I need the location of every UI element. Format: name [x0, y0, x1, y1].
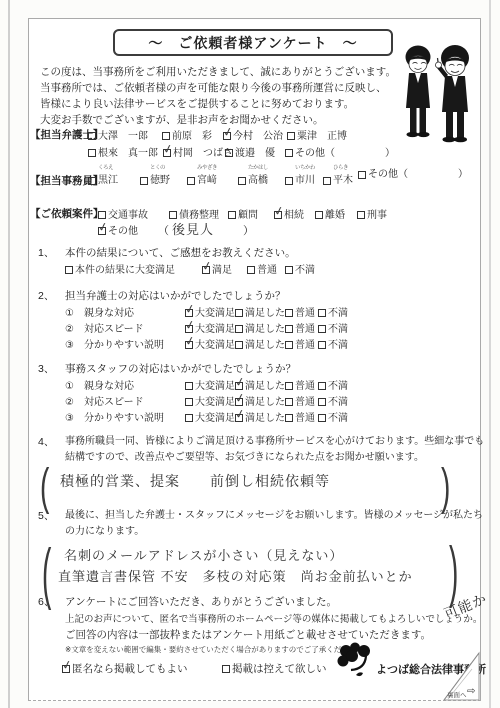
checkbox[interactable]	[185, 414, 193, 422]
q5-text: 最後に、担当した弁護士・スタッフにメッセージをお願いします。皆様のメッセージが私…	[65, 508, 485, 540]
q6-footnote: ※文章を変えない範囲で編集・要約させていただく場合がありますのでご了承ください。	[65, 644, 364, 655]
q2-option[interactable]: 不満	[318, 304, 348, 319]
checkbox[interactable]	[169, 211, 177, 219]
option-label: 満足した	[245, 308, 285, 319]
option-label: 不満	[328, 324, 348, 335]
checkbox[interactable]	[285, 149, 293, 157]
lawyer-option[interactable]: 渡邉 優	[225, 144, 275, 159]
checkbox[interactable]	[162, 132, 170, 140]
checkbox[interactable]	[318, 341, 326, 349]
lawyers-illustration	[402, 42, 474, 148]
option-label: 普通	[295, 340, 315, 351]
q2-option[interactable]: 不満	[318, 320, 348, 335]
option-label: 高橋	[248, 175, 268, 186]
intro-line-1: この度は、当事務所をご利用いただきまして、誠にありがとうございます。	[40, 64, 396, 80]
furigana: ひらき	[333, 165, 353, 171]
furigana: とくの	[150, 165, 170, 171]
option-label: 大変満足	[195, 308, 235, 319]
checkbox[interactable]	[185, 382, 193, 390]
option-label: 大変満足	[195, 324, 235, 335]
q3-option[interactable]: 不満	[318, 377, 348, 392]
option-label: 交通事故	[108, 210, 148, 221]
q2-option[interactable]: 普通	[285, 320, 315, 335]
option-label: 不満	[328, 397, 348, 408]
checkbox[interactable]	[285, 414, 293, 422]
lawyer-option[interactable]: 今村 公治	[223, 127, 283, 142]
q2-row1-item: ① 親身な対応	[65, 304, 134, 319]
handwritten-q5-line2: 直筆遺言書保管 不安 多枝の対応策 尚お金前払いとか	[58, 566, 413, 585]
q1-option[interactable]: 本件の結果に大変満足	[65, 261, 175, 276]
cartoon-man-left	[406, 46, 431, 138]
hand-bracket-open: (	[40, 462, 49, 512]
option-label: 刑事	[367, 210, 387, 221]
intro-line-2: 当事務所では、ご依頼者様の声を可能な限り今後の事務所運営に反映し、	[40, 80, 387, 96]
q2-number: 2、	[38, 288, 54, 303]
option-label: 普通	[257, 265, 277, 276]
publish-option-anonymous[interactable]: 匿名なら掲載してもよい	[62, 661, 188, 676]
case-option-other[interactable]: その他	[98, 222, 138, 237]
q1-number: 1、	[38, 245, 54, 260]
option-label: 本件の結果に大変満足	[75, 265, 175, 276]
option-label: 不満	[328, 308, 348, 319]
q2-option[interactable]: 普通	[285, 336, 315, 351]
q1-text: 本件の結果について、ご感想をお教えください。	[65, 245, 296, 260]
checkbox[interactable]	[358, 171, 366, 179]
hand-bracket-close: )	[441, 462, 450, 512]
checkbox[interactable]	[140, 177, 148, 185]
q6-line-1: アンケートにご回答いただき、ありがとうございました。	[65, 594, 337, 609]
q2-option[interactable]: 普通	[285, 304, 315, 319]
intro-line-3: 皆様により良い法律サービスをご提供することに努めております。	[40, 96, 354, 112]
checkbox[interactable]	[285, 398, 293, 406]
scan-edge-left	[8, 0, 10, 708]
q5-number: 5、	[38, 508, 54, 523]
lawyer-option-other[interactable]: その他（ ）	[285, 144, 395, 159]
case-option[interactable]: 離婚	[315, 206, 345, 221]
staff-option[interactable]: みやざき宮﨑	[187, 165, 217, 186]
checkbox[interactable]	[323, 177, 331, 185]
option-label: 匿名なら掲載してもよい	[72, 663, 188, 675]
q6-number: 6、	[38, 594, 54, 609]
furigana: みやざき	[197, 165, 217, 171]
checkbox[interactable]	[235, 414, 243, 422]
lawyer-option[interactable]: 大澤 一郎	[88, 127, 148, 142]
q3-text: 事務スタッフの対応はいかがでしたでしょうか？	[65, 361, 296, 376]
checkbox[interactable]	[235, 398, 243, 406]
furigana: いちかわ	[295, 165, 315, 171]
option-label: 満足	[212, 265, 232, 276]
q4-number: 4、	[38, 434, 54, 449]
option-label: 不満	[328, 340, 348, 351]
page-title: ～ ご依頼者様アンケート ～	[113, 29, 393, 56]
checkbox[interactable]	[315, 211, 323, 219]
q3-option[interactable]: 普通	[285, 377, 315, 392]
checkbox[interactable]	[287, 132, 295, 140]
furigana: くろえ	[98, 165, 118, 171]
checkbox[interactable]	[88, 149, 96, 157]
option-label: 不満	[295, 265, 315, 276]
checkbox[interactable]	[223, 132, 231, 140]
option-label: 大変満足	[195, 381, 235, 392]
case-option[interactable]: 刑事	[357, 206, 387, 221]
checkbox[interactable]	[235, 309, 243, 317]
handwritten-q5-line1: 名刺のメールアドレスが小さい（見えない）	[64, 545, 343, 564]
option-label: 前原 彩	[172, 131, 212, 142]
checkbox[interactable]	[235, 325, 243, 333]
option-label: 満足した	[245, 340, 285, 351]
option-label: 平木	[333, 175, 353, 186]
option-label: 満足した	[245, 324, 285, 335]
option-label: 不満	[328, 413, 348, 424]
lawyer-option[interactable]: 根來 真一郎	[88, 144, 158, 159]
q2-text: 担当弁護士の対応はいかがでしたでしょうか？	[65, 288, 286, 303]
option-label: 普通	[295, 381, 315, 392]
q1-option[interactable]: 不満	[285, 261, 315, 276]
case-option[interactable]: 相続	[274, 206, 304, 221]
checkbox[interactable]	[285, 382, 293, 390]
handwritten-case-other: 後見人	[172, 219, 214, 238]
option-label: 黒江	[98, 175, 118, 186]
staff-option[interactable]: いちかわ市川	[285, 165, 315, 186]
checkbox[interactable]	[274, 211, 282, 219]
q1-option[interactable]: 満足	[202, 261, 232, 276]
q2-option[interactable]: 満足した	[235, 320, 285, 335]
staff-option[interactable]: くろえ黒江	[88, 165, 118, 186]
option-label: その他（ ）	[368, 169, 468, 180]
page-title-text: ～ ご依頼者様アンケート ～	[148, 33, 357, 53]
checkbox[interactable]	[318, 414, 326, 422]
checkbox[interactable]	[62, 665, 70, 673]
checkbox[interactable]	[238, 177, 246, 185]
checkbox[interactable]	[318, 309, 326, 317]
intro-line-4: 大変お手数でございますが、是非お声をお聞かせください。	[40, 112, 324, 128]
checkbox[interactable]	[202, 266, 210, 274]
option-label: 普通	[295, 324, 315, 335]
option-label: その他	[108, 226, 138, 237]
checkbox[interactable]	[318, 398, 326, 406]
option-label: 渡邉 優	[235, 148, 275, 159]
paren-open: （	[158, 222, 169, 238]
q6-line-3: ご回答の内容は一部抜粋またはアンケート用紙ごと載せさせていただきます。	[65, 627, 431, 642]
checkbox[interactable]	[285, 341, 293, 349]
clover-logo-icon	[336, 642, 374, 682]
q2-option[interactable]: 満足した	[235, 304, 285, 319]
q3-option[interactable]: 大変満足	[185, 377, 235, 392]
q2-option[interactable]: 不満	[318, 336, 348, 351]
option-label: 普通	[295, 413, 315, 424]
option-label: 村岡 つばさ	[173, 148, 233, 159]
option-label: 離婚	[325, 210, 345, 221]
q3-option[interactable]: 不満	[318, 409, 348, 424]
q3-option[interactable]: 満足した	[235, 409, 285, 424]
checkbox[interactable]	[235, 382, 243, 390]
checkbox[interactable]	[222, 665, 230, 673]
checkbox[interactable]	[235, 341, 243, 349]
option-label: 不満	[328, 381, 348, 392]
q3-row3-item: ③ 分かりやすい説明	[65, 409, 164, 424]
option-label: 今村 公治	[233, 131, 283, 142]
option-label: 普通	[295, 308, 315, 319]
option-label: 粟津 正博	[297, 131, 347, 142]
staff-option-other[interactable]: その他（ ）	[358, 165, 468, 180]
lawyer-option[interactable]: 前原 彩	[162, 127, 212, 142]
option-label: 顧問	[238, 210, 258, 221]
checkbox[interactable]	[185, 398, 193, 406]
checkbox[interactable]	[163, 149, 171, 157]
back-page-label: 裏面へ	[447, 690, 467, 699]
q2-option[interactable]: 満足した	[235, 336, 285, 351]
checkbox[interactable]	[247, 266, 255, 274]
option-label: 大変満足	[195, 340, 235, 351]
q2-row3-item: ③ 分かりやすい説明	[65, 336, 164, 351]
option-label: 満足した	[245, 381, 285, 392]
option-label: 大変満足	[195, 397, 235, 408]
handwritten-q4-answer: 積極的営業、提案 前倒し相続依頼等	[60, 471, 330, 491]
checkbox[interactable]	[285, 266, 293, 274]
checkbox[interactable]	[318, 325, 326, 333]
q3-number: 3、	[38, 361, 54, 376]
q3-row2-item: ② 対応スピード	[65, 393, 144, 408]
lawyer-option[interactable]: 村岡 つばさ	[163, 144, 233, 159]
q3-row1-item: ① 親身な対応	[65, 377, 134, 392]
option-label: 普通	[295, 397, 315, 408]
option-label: 掲載は控えて欲しい	[232, 663, 327, 675]
q3-option[interactable]: 普通	[285, 409, 315, 424]
cartoon-man-right	[436, 45, 470, 142]
checkbox[interactable]	[228, 211, 236, 219]
option-label: 徳野	[150, 175, 170, 186]
q4-text: 事務所職員一同、皆様によりご満足頂ける事務所サービスを心がけております。些細な事…	[65, 434, 485, 466]
option-label: 大変満足	[195, 413, 235, 424]
q3-option[interactable]: 大変満足	[185, 409, 235, 424]
checkbox[interactable]	[187, 177, 195, 185]
checkbox[interactable]	[285, 325, 293, 333]
option-label: 満足した	[245, 413, 285, 424]
furigana: たかはし	[248, 165, 268, 171]
checkbox[interactable]	[357, 211, 365, 219]
publish-option-decline[interactable]: 掲載は控えて欲しい	[222, 661, 327, 676]
q3-option[interactable]: 普通	[285, 393, 315, 408]
q2-row2-item: ② 対応スピード	[65, 320, 144, 335]
case-option[interactable]: 顧問	[228, 206, 258, 221]
staff-option[interactable]: ひらき平木	[323, 165, 353, 186]
checkbox[interactable]	[285, 177, 293, 185]
option-label: 市川	[295, 175, 315, 186]
checkbox[interactable]	[88, 132, 96, 140]
checkbox[interactable]	[65, 266, 73, 274]
survey-sheet: ～ ご依頼者様アンケート ～ この度は、当事務所をご利用いただきまして、誠にあり…	[0, 0, 500, 708]
checkbox[interactable]	[318, 382, 326, 390]
checkbox[interactable]	[98, 211, 106, 219]
paren-close: ）	[243, 222, 254, 238]
checkbox[interactable]	[98, 227, 106, 235]
q1-option[interactable]: 普通	[247, 261, 277, 276]
option-label: その他（ ）	[295, 148, 395, 159]
q3-option[interactable]: 大変満足	[185, 393, 235, 408]
checkbox[interactable]	[185, 325, 193, 333]
lawyer-option[interactable]: 粟津 正博	[287, 127, 347, 142]
case-section-label: 【ご依頼案件】	[30, 206, 104, 221]
q3-option[interactable]: 不満	[318, 393, 348, 408]
checkbox[interactable]	[285, 309, 293, 317]
q6-line-2: 上記のお声について、匿名で当事務所のホームページ等の媒体に掲載してもよろしいでし…	[65, 611, 482, 625]
staff-option[interactable]: とくの徳野	[140, 165, 170, 186]
option-label: 宮﨑	[197, 175, 217, 186]
option-label: 大澤 一郎	[98, 131, 148, 142]
checkbox[interactable]	[88, 177, 96, 185]
checkbox[interactable]	[225, 149, 233, 157]
option-label: 根來 真一郎	[98, 148, 158, 159]
q2-option[interactable]: 大変満足	[185, 336, 235, 351]
option-label: 満足した	[245, 397, 285, 408]
hand-bracket-close: )	[449, 538, 458, 606]
scan-edge-right	[489, 0, 491, 708]
option-label: 相続	[284, 210, 304, 221]
checkbox[interactable]	[185, 341, 193, 349]
back-arrow-icon[interactable]: ⇨	[467, 686, 475, 697]
staff-option[interactable]: たかはし高橋	[238, 165, 268, 186]
checkbox[interactable]	[185, 309, 193, 317]
